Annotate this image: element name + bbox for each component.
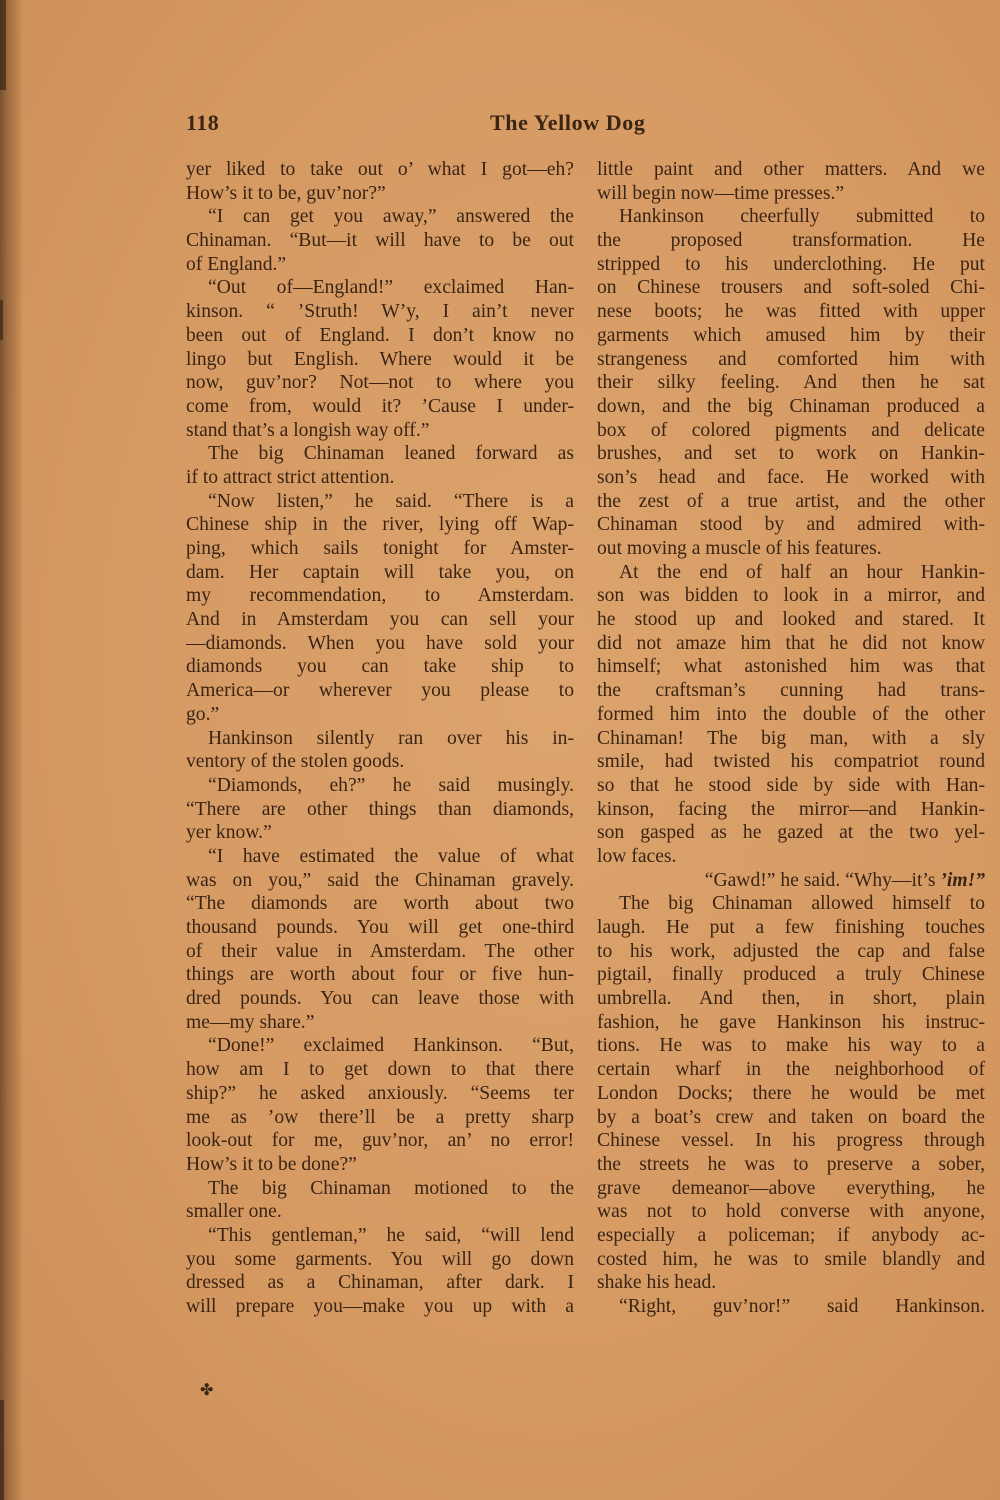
text-line: come from, would it? ’Cause I under- [186, 395, 574, 419]
line-text: been out of England. I don’t know no [186, 325, 574, 346]
text-line: if to attract strict attention. [186, 466, 574, 490]
line-text: The big Chinaman motioned to the [208, 1178, 574, 1199]
spine-shadow [0, 0, 6, 90]
line-text: out moving a muscle of his features. [597, 538, 882, 559]
text-line: he stood up and looked and stared. It [597, 608, 985, 632]
text-line: me—my share.” [186, 1011, 574, 1035]
text-line: brushes, and set to work on Hankin- [597, 442, 985, 466]
text-line: ventory of the stolen goods. [186, 750, 574, 774]
line-text: to his work, adjusted the cap and false [597, 941, 985, 962]
left-text-column: yer liked to take out o’ what I got—eh?H… [186, 158, 574, 1319]
line-text: how am I to get down to that there [186, 1059, 574, 1080]
text-line: yer know.” [186, 821, 574, 845]
text-line: America—or wherever you please to [186, 679, 574, 703]
text-line: son was bidden to look in a mirror, and [597, 584, 985, 608]
line-text: the proposed transformation. He [597, 230, 985, 251]
text-line: their silky feeling. And then he sat [597, 371, 985, 395]
text-line: “Diamonds, eh?” he said musingly. [186, 774, 574, 798]
text-line: fashion, he gave Hankinson his instruc- [597, 1011, 985, 1035]
text-line: Chinese vessel. In his progress through [597, 1129, 985, 1153]
line-text: brushes, and set to work on Hankin- [597, 443, 985, 464]
line-text: —diamonds. When you have sold your [186, 633, 574, 654]
text-line: diamonds you can take ship to [186, 655, 574, 679]
line-text: was not to hold converse with anyone, [597, 1201, 985, 1222]
text-line: especially a policeman; if anybody ac- [597, 1224, 985, 1248]
line-text: “There are other things than diamonds, [186, 799, 574, 820]
text-line: ping, which sails tonight for Amster- [186, 537, 574, 561]
text-line: thousand pounds. You will get one-third [186, 916, 574, 940]
text-line: son’s head and face. He worked with [597, 466, 985, 490]
line-text: by a boat’s crew and taken on board the [597, 1107, 985, 1128]
line-text: tions. He was to make his way to a [597, 1035, 985, 1056]
line-text: did not amaze him that he did not know [597, 633, 985, 654]
text-line: to his work, adjusted the cap and false [597, 940, 985, 964]
line-text: will prepare you—make you up with a [186, 1296, 574, 1317]
text-line: kinson, facing the mirror—and Hankin- [597, 798, 985, 822]
line-text: How’s it to be, guv’nor?” [186, 183, 386, 204]
line-text: things are worth about four or five hun- [186, 964, 574, 985]
page-number: 118 [186, 110, 219, 136]
line-text: pigtail, finally produced a truly Chines… [597, 964, 985, 985]
page-header: 118 The Yellow Dog [186, 110, 976, 140]
line-text: dressed as a Chinaman, after dark. I [186, 1272, 574, 1293]
line-text: smile, had twisted his compatriot round [597, 751, 985, 772]
text-line: certain wharf in the neighborhood of [597, 1058, 985, 1082]
line-text: himself; what astonished him was that [597, 656, 985, 677]
line-text: Chinese ship in the river, lying off Wap… [186, 514, 574, 535]
text-line: will prepare you—make you up with a [186, 1295, 574, 1319]
text-line: formed him into the double of the other [597, 703, 985, 727]
line-text: And in Amsterdam you can sell your [186, 609, 574, 630]
line-text: kinson, facing the mirror—and Hankin- [597, 799, 985, 820]
right-text-column: little paint and other matters. And wewi… [597, 158, 985, 1319]
line-text: “Right, guv’nor!” said Hankinson. [619, 1296, 985, 1317]
text-line: dressed as a Chinaman, after dark. I [186, 1271, 574, 1295]
line-text: diamonds you can take ship to [186, 656, 574, 677]
text-line: the zest of a true artist, and the other [597, 490, 985, 514]
line-text: son’s head and face. He worked with [597, 467, 985, 488]
text-line: Chinaman stood by and admired with- [597, 513, 985, 537]
text-line: Chinese ship in the river, lying off Wap… [186, 513, 574, 537]
line-text: my recommendation, to Amsterdam. [186, 585, 574, 606]
line-text: formed him into the double of the other [597, 704, 985, 725]
line-text: costed him, he was to smile blandly and [597, 1249, 985, 1270]
text-line: “The diamonds are worth about two [186, 892, 574, 916]
line-text: “Gawd!” he said. “Why—it’s [705, 870, 941, 891]
text-line: “Done!” exclaimed Hankinson. “But, [186, 1034, 574, 1058]
text-line: dred pounds. You can leave those with [186, 987, 574, 1011]
line-text: Chinaman stood by and admired with- [597, 514, 985, 535]
text-line: the streets he was to preserve a sober, [597, 1153, 985, 1177]
text-line: tions. He was to make his way to a [597, 1034, 985, 1058]
text-line: Hankinson cheerfully submitted to [597, 205, 985, 229]
line-text: Hankinson silently ran over his in- [208, 728, 574, 749]
text-line: dam. Her captain will take you, on [186, 561, 574, 585]
line-text: of England.” [186, 254, 286, 275]
line-text: dam. Her captain will take you, on [186, 562, 574, 583]
line-text: America—or wherever you please to [186, 680, 574, 701]
line-text: especially a policeman; if anybody ac- [597, 1225, 985, 1246]
text-line: “This gentleman,” he said, “will lend [186, 1224, 574, 1248]
text-line: things are worth about four or five hun- [186, 963, 574, 987]
spine-shadow [0, 300, 3, 340]
text-line: low faces. [597, 845, 985, 869]
line-text: down, and the big Chinaman produced a [597, 396, 985, 417]
text-line: The big Chinaman allowed himself to [597, 892, 985, 916]
line-text: on Chinese trousers and soft-soled Chi- [597, 277, 985, 298]
text-line: And in Amsterdam you can sell your [186, 608, 574, 632]
line-text: “Diamonds, eh?” he said musingly. [208, 775, 574, 796]
text-line: strangeness and comforted him with [597, 348, 985, 372]
line-text: go.” [186, 704, 219, 725]
line-text: so that he stood side by side with Han- [597, 775, 985, 796]
text-line: How’s it to be done?” [186, 1153, 574, 1177]
book-spine-edge [0, 0, 22, 1500]
text-line: smile, had twisted his compatriot round [597, 750, 985, 774]
line-text: ventory of the stolen goods. [186, 751, 404, 772]
line-text: the zest of a true artist, and the other [597, 491, 985, 512]
line-text: will begin now—time presses.” [597, 183, 844, 204]
text-line: Chinaman! The big man, with a sly [597, 727, 985, 751]
line-text: ship?” he asked anxiously. “Seems ter [186, 1083, 574, 1104]
line-text: laugh. He put a few finishing touches [597, 917, 985, 938]
text-line: London Docks; there he would be met [597, 1082, 985, 1106]
line-text: son gasped as he gazed at the two yel- [597, 822, 985, 843]
line-text: me as ’ow there’ll be a pretty sharp [186, 1107, 574, 1128]
text-line: now, guv’nor? Not—not to where you [186, 371, 574, 395]
line-text: How’s it to be done?” [186, 1154, 357, 1175]
line-text: “Now listen,” he said. “There is a [208, 491, 574, 512]
line-text: yer liked to take out o’ what I got—eh? [186, 159, 574, 180]
text-line: “I have estimated the value of what [186, 845, 574, 869]
line-text: stand that’s a longish way off.” [186, 420, 429, 441]
line-text: shake his head. [597, 1272, 716, 1293]
line-text: their silky feeling. And then he sat [597, 372, 985, 393]
line-text: dred pounds. You can leave those with [186, 988, 574, 1009]
text-line: yer liked to take out o’ what I got—eh? [186, 158, 574, 182]
line-text: “This gentleman,” he said, “will lend [208, 1225, 574, 1246]
text-line: Hankinson silently ran over his in- [186, 727, 574, 751]
text-line: “There are other things than diamonds, [186, 798, 574, 822]
line-text: now, guv’nor? Not—not to where you [186, 372, 574, 393]
line-text: come from, would it? ’Cause I under- [186, 396, 574, 417]
line-text: Chinaman! The big man, with a sly [597, 728, 985, 749]
text-line: —diamonds. When you have sold your [186, 632, 574, 656]
line-text: The big Chinaman leaned forward as [208, 443, 574, 464]
line-text: stripped to his underclothing. He put [597, 254, 985, 275]
italic-emphasis: ’im!” [940, 870, 985, 891]
text-line: laugh. He put a few finishing touches [597, 916, 985, 940]
text-line: grave demeanor—above everything, he [597, 1177, 985, 1201]
line-text: “I have estimated the value of what [208, 846, 574, 867]
text-line: out moving a muscle of his features. [597, 537, 985, 561]
text-line: on Chinese trousers and soft-soled Chi- [597, 276, 985, 300]
line-text: certain wharf in the neighborhood of [597, 1059, 985, 1080]
line-text: “I can get you away,” answered the [208, 206, 574, 227]
text-line: of their value in Amsterdam. The other [186, 940, 574, 964]
text-line: stand that’s a longish way off.” [186, 419, 574, 443]
text-line: costed him, he was to smile blandly and [597, 1248, 985, 1272]
text-line: the craftsman’s cunning had trans- [597, 679, 985, 703]
text-line: little paint and other matters. And we [597, 158, 985, 182]
line-text: if to attract strict attention. [186, 467, 394, 488]
line-text: lingo but English. Where would it be [186, 349, 574, 370]
line-text: yer know.” [186, 822, 272, 843]
line-text: he stood up and looked and stared. It [597, 609, 985, 630]
text-line: Chinaman. “But—it will have to be out [186, 229, 574, 253]
text-line: smaller one. [186, 1200, 574, 1224]
line-text: strangeness and comforted him with [597, 349, 985, 370]
line-text: London Docks; there he would be met [597, 1083, 985, 1104]
text-line: garments which amused him by their [597, 324, 985, 348]
text-line: kinson. “ ’Struth! W’y, I ain’t never [186, 300, 574, 324]
text-line: been out of England. I don’t know no [186, 324, 574, 348]
printer-ornament-icon: ✤ [200, 1380, 213, 1400]
line-text: garments which amused him by their [597, 325, 985, 346]
text-line: lingo but English. Where would it be [186, 348, 574, 372]
line-text: you some garments. You will go down [186, 1249, 574, 1270]
line-text: Chinese vessel. In his progress through [597, 1130, 985, 1151]
text-line: you some garments. You will go down [186, 1248, 574, 1272]
text-line: “Now listen,” he said. “There is a [186, 490, 574, 514]
text-line: “Out of—England!” exclaimed Han- [186, 276, 574, 300]
text-line: How’s it to be, guv’nor?” [186, 182, 574, 206]
text-line: was on you,” said the Chinaman gravely. [186, 869, 574, 893]
line-text: “Done!” exclaimed Hankinson. “But, [208, 1035, 574, 1056]
text-line: himself; what astonished him was that [597, 655, 985, 679]
line-text: kinson. “ ’Struth! W’y, I ain’t never [186, 301, 574, 322]
text-line: umbrella. And then, in short, plain [597, 987, 985, 1011]
text-line: nese boots; he was fitted with upper [597, 300, 985, 324]
line-text: nese boots; he was fitted with upper [597, 301, 985, 322]
line-text: fashion, he gave Hankinson his instruc- [597, 1012, 985, 1033]
text-line: will begin now—time presses.” [597, 182, 985, 206]
line-text: At the end of half an hour Hankin- [619, 562, 985, 583]
text-line: was not to hold converse with anyone, [597, 1200, 985, 1224]
line-text: box of colored pigments and delicate [597, 420, 985, 441]
text-line: look-out for me, guv’nor, an’ no error! [186, 1129, 574, 1153]
text-line: so that he stood side by side with Han- [597, 774, 985, 798]
text-line: of England.” [186, 253, 574, 277]
text-line: At the end of half an hour Hankin- [597, 561, 985, 585]
text-line: the proposed transformation. He [597, 229, 985, 253]
text-line: my recommendation, to Amsterdam. [186, 584, 574, 608]
line-text: the craftsman’s cunning had trans- [597, 680, 985, 701]
line-text: son was bidden to look in a mirror, and [597, 585, 985, 606]
line-text: thousand pounds. You will get one-third [186, 917, 574, 938]
line-text: ping, which sails tonight for Amster- [186, 538, 574, 559]
line-text: grave demeanor—above everything, he [597, 1178, 985, 1199]
line-text: The big Chinaman allowed himself to [619, 893, 985, 914]
text-line: box of colored pigments and delicate [597, 419, 985, 443]
line-text: me—my share.” [186, 1012, 314, 1033]
spine-shadow [0, 1400, 4, 1500]
text-line: how am I to get down to that there [186, 1058, 574, 1082]
line-text: little paint and other matters. And we [597, 159, 985, 180]
line-text: umbrella. And then, in short, plain [597, 988, 985, 1009]
line-text: “Out of—England!” exclaimed Han- [208, 277, 574, 298]
text-line: ship?” he asked anxiously. “Seems ter [186, 1082, 574, 1106]
line-text: “The diamonds are worth about two [186, 893, 574, 914]
text-line: “Right, guv’nor!” said Hankinson. [597, 1295, 985, 1319]
text-line: “I can get you away,” answered the [186, 205, 574, 229]
text-line: did not amaze him that he did not know [597, 632, 985, 656]
line-text: of their value in Amsterdam. The other [186, 941, 574, 962]
line-text: was on you,” said the Chinaman gravely. [186, 870, 574, 891]
text-line: “Gawd!” he said. “Why—it’s ’im!” [597, 869, 985, 893]
running-head-title: The Yellow Dog [490, 110, 645, 136]
text-line: The big Chinaman leaned forward as [186, 442, 574, 466]
text-line: by a boat’s crew and taken on board the [597, 1106, 985, 1130]
text-line: go.” [186, 703, 574, 727]
text-line: The big Chinaman motioned to the [186, 1177, 574, 1201]
line-text: low faces. [597, 846, 676, 867]
line-text: Chinaman. “But—it will have to be out [186, 230, 574, 251]
line-text: Hankinson cheerfully submitted to [619, 206, 985, 227]
line-text: smaller one. [186, 1201, 282, 1222]
text-line: son gasped as he gazed at the two yel- [597, 821, 985, 845]
line-text: look-out for me, guv’nor, an’ no error! [186, 1130, 574, 1151]
text-line: me as ’ow there’ll be a pretty sharp [186, 1106, 574, 1130]
line-text: the streets he was to preserve a sober, [597, 1154, 985, 1175]
text-line: shake his head. [597, 1271, 985, 1295]
text-line: down, and the big Chinaman produced a [597, 395, 985, 419]
text-line: pigtail, finally produced a truly Chines… [597, 963, 985, 987]
text-line: stripped to his underclothing. He put [597, 253, 985, 277]
